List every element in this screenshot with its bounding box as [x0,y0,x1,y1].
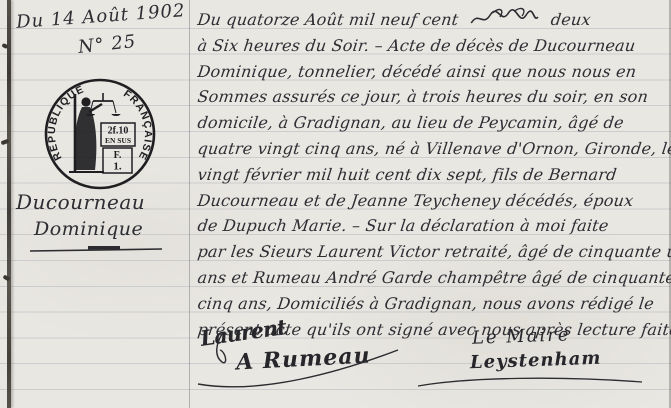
act-line: quatre vingt cinq ans, né à Villenave d'… [196,136,669,162]
republique-francaise-stamp: RÉPUBLIQUE FRANÇAISE 2f.10 EN SUS F [42,76,158,192]
act-line: domicile, à Gradignan, au lieu de Peycam… [196,110,669,136]
mayor-title: Le Maire [472,324,571,348]
act-line: Ducourneau et de Jeanne Teycheney décédé… [196,188,669,214]
act-line: Sommes assurés ce jour, à trois heures d… [196,84,669,110]
margin-deceased-surname: Ducourneau [16,190,145,214]
stamp-tax-label: EN SUS [105,136,131,145]
crossed-out-correction-icon [469,7,542,29]
margin-column-separator [189,0,190,408]
mayor-signature-underline [418,378,642,386]
signature-witness-rumeau: A Rumeau [235,342,371,375]
margin-deceased-firstname: Dominique [34,218,143,240]
act-line: à Six heures du Soir. – Acte de décès de… [196,33,669,59]
act-line: vingt février mil huit cent dix sept, fi… [196,162,669,188]
act-line: cinq ans, Domiciliés à Gradignan, nous a… [196,291,669,317]
margin-underline-bold-dash [88,246,120,249]
stamp-franc-label: F. [114,150,122,161]
act-line1-suffix: deux [550,10,592,29]
stamp-tax-amount: 2f.10 [108,126,129,137]
signature-mayor: Leystenham [470,348,602,374]
act-number: N° 25 [77,31,137,58]
act-line: de Dupuch Marie. – Sur la déclaration à … [196,213,669,239]
margin-date: Du 14 Août 1902 [15,0,186,33]
act-line: Du quatorze Août mil neuf cent deux [196,7,669,33]
margin-underline-flourish [30,249,162,251]
act-body: Du quatorze Août mil neuf cent deux à Si… [196,7,666,342]
binding-edge [7,0,11,408]
register-page: Du 14 Août 1902 N° 25 RÉPUBLIQUE FRANÇAI… [0,0,671,408]
act-line: Dominique, tonnelier, décédé ainsi que n… [196,59,669,85]
act-line1-prefix: Du quatorze Août mil neuf cent [196,10,459,29]
act-line: ans et Rumeau André Garde champêtre âgé … [196,265,669,291]
act-line: par les Sieurs Laurent Victor retraité, … [196,239,669,265]
stamp-franc-value: 1. [113,161,122,173]
